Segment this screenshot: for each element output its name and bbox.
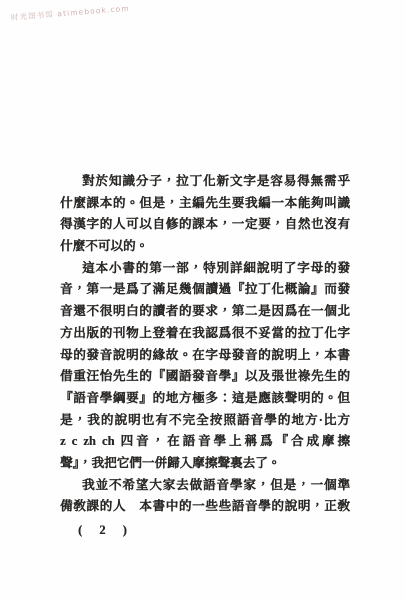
text-line: 『語音學綱要』的地方極多：這是應該聲明的。但 (60, 388, 350, 410)
text-line: 什麼課本的。但是，主編先生要我編一本能夠叫識 (60, 193, 350, 215)
text-line: 方出版的刊物上登着在我認爲很不妥當的拉丁化字 (60, 323, 350, 345)
text-line: 音，第一是爲了滿足幾個讀過『拉丁化概論』而發 (60, 279, 350, 301)
library-watermark: 时光图书馆 atimebook.com (11, 3, 131, 23)
text-line: 借重汪怡先生的『國語發音學』以及張世祿先生的 (60, 366, 350, 388)
text-line: 這本小書的第一部，特別詳細說明了字母的發 (60, 258, 350, 280)
text-line: 聲』，我把它們一併歸入摩擦聲裏去了。 (60, 453, 350, 475)
text-line: 備敎課的人 本書中的一些些語音學的說明，正敎 (60, 496, 350, 518)
text-line: 是，我的說明也有不完全按照語音學的地方·比方 (60, 410, 350, 432)
text-line: 母的發音說明的緣故。在字母發音的說明上，本書 (60, 345, 350, 367)
text-line: 得漢字的人可以自修的課本，一定要，自然也沒有 (60, 214, 350, 236)
page-number: ( 2 ) (78, 522, 134, 538)
body-text: 對於知識分子，拉丁化新文字是容易得無需乎什麼課本的。但是，主編先生要我編一本能夠… (60, 171, 350, 518)
text-line: 音還不很明白的讀者的要求，第二是因爲在一個北 (60, 301, 350, 323)
scanned-book-page: 时光图书馆 atimebook.com 對於知識分子，拉丁化新文字是容易得無需乎… (0, 0, 406, 600)
text-line: 對於知識分子，拉丁化新文字是容易得無需乎 (60, 171, 350, 193)
text-line: 我並不希望大家去做語音學家，但是，一個準 (60, 475, 350, 497)
text-line: z c zh ch 四音，在語音學上稱爲『合成摩擦 (60, 431, 350, 453)
text-line: 什麼不可以的。 (60, 236, 350, 258)
